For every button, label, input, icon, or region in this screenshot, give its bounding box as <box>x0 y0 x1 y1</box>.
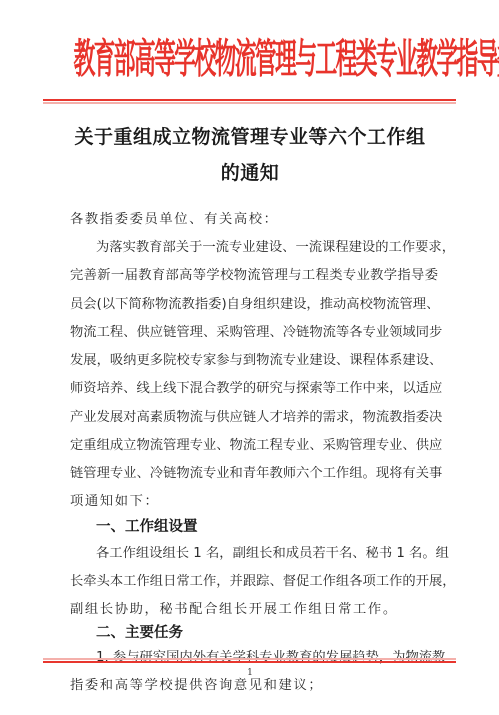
document-title-line-2: 的通知 <box>40 158 460 185</box>
paragraph-line: 完善新一届教育部高等学校物流管理与工程类专业教学指导委 <box>70 266 438 286</box>
paragraph-line: 产业发展对高素质物流与供应链人才培养的需求，物流教指委决 <box>70 408 438 428</box>
footer-divider-thick <box>43 661 456 663</box>
section-heading-2: 二、主要任务 <box>96 622 183 644</box>
page-number: 1 <box>240 668 260 678</box>
paragraph-line: 链管理专业、冷链物流专业和青年教师六个工作组。现将有关事 <box>70 464 438 484</box>
paragraph-line: 长牵头本工作组日常工作，并跟踪、督促工作组各项工作的开展， <box>70 572 438 592</box>
letterhead-divider-thick <box>43 99 456 101</box>
paragraph-line: 指委和高等学校提供咨询意见和建议； <box>70 676 438 696</box>
salutation: 各教指委委员单位、有关高校： <box>70 210 438 230</box>
paragraph-line: 副组长协助，秘书配合组长开展工作组日常工作。 <box>70 600 438 620</box>
paragraph-line: 物流工程、供应链管理、采购管理、冷链物流等各专业领域同步 <box>70 323 438 343</box>
paragraph-line: 项通知如下： <box>70 492 438 512</box>
paragraph-line: 发展，吸纳更多院校专家参与到物流专业建设、课程体系建设、 <box>70 351 438 371</box>
document-title-line-1: 关于重组成立物流管理专业等六个工作组 <box>40 122 460 149</box>
paragraph-line: 为落实教育部关于一流专业建设、一流课程建设的工作要求， <box>96 238 438 258</box>
paragraph-line: 师资培养、线上线下混合教学的研究与探索等工作中来，以适应 <box>70 379 438 399</box>
footer-divider-thin <box>43 658 456 660</box>
paragraph-line: 定重组成立物流管理专业、物流工程专业、采购管理专业、供应 <box>70 436 438 456</box>
paragraph-line: 各工作组设组长 1 名，副组长和成员若干名、秘书 1 名。组 <box>96 544 438 564</box>
section-heading-1: 一、工作组设置 <box>96 516 198 538</box>
paragraph-line: 员会(以下简称物流教指委)自身组织建设，推动高校物流管理、 <box>70 295 438 315</box>
letterhead-divider-thin <box>43 102 456 104</box>
organization-letterhead: 教育部高等学校物流管理与工程类专业教学指导委员会 <box>73 20 424 101</box>
document-page: 教育部高等学校物流管理与工程类专业教学指导委员会 关于重组成立物流管理专业等六个… <box>0 0 499 715</box>
